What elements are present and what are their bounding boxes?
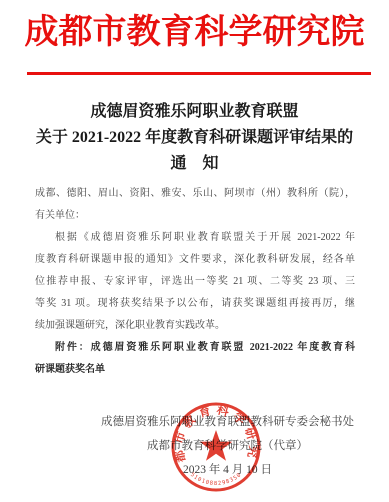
signoff-org: 成都市教育科学研究院（代章） (101, 434, 354, 458)
body-line: 续加强课题研究，深化职业教育实践改革。 (35, 315, 355, 337)
notice-title-line2: 关于 2021-2022 年度教育科研课题评审结果的 (0, 125, 389, 151)
body-line: 成都、德阳、眉山、资阳、雅安、乐山、阿坝市（州）教科所（院）， (35, 183, 355, 205)
red-divider-rule (27, 72, 371, 75)
attachment-line: 附件：成德眉资雅乐阿职业教育联盟 2021-2022 年度教育科 (35, 337, 355, 359)
body-line: 有关单位： (35, 205, 355, 227)
body-line: 位推荐申报、专家评审，评选出一等奖 21 项、二等奖 23 项、三 (35, 271, 355, 293)
letterhead-org-name: 成都市教育科学研究院 (0, 8, 389, 58)
notice-title-line3: 通 知 (0, 151, 389, 177)
document-page: 成都市教育科学研究院 成德眉资雅乐阿职业教育联盟 关于 2021-2022 年度… (0, 0, 389, 502)
body-line: 度教育科研课题申报的通知》文件要求，深化教科研发展，经各单 (35, 249, 355, 271)
body-line: 根据《成德眉资雅乐阿职业教育联盟关于开展 2021-2022 年 (35, 227, 355, 249)
notice-title-line1: 成德眉资雅乐阿职业教育联盟 (0, 99, 389, 125)
notice-body: 成都、德阳、眉山、资阳、雅安、乐山、阿坝市（州）教科所（院）， 有关单位： 根据… (35, 183, 355, 381)
attachment-line: 研课题获奖名单 (35, 359, 355, 381)
signoff-block: 成德眉资雅乐阿职业教育联盟教科研专委会秘书处 成都市教育科学研究院（代章） 20… (101, 410, 354, 482)
notice-title: 成德眉资雅乐阿职业教育联盟 关于 2021-2022 年度教育科研课题评审结果的… (0, 99, 389, 177)
signoff-date: 2023 年 4 月 10 日 (101, 458, 354, 482)
signoff-secretariat: 成德眉资雅乐阿职业教育联盟教科研专委会秘书处 (101, 410, 354, 434)
body-line: 等奖 31 项。现将获奖结果予以公布，请获奖课题组再接再厉，继 (35, 293, 355, 315)
